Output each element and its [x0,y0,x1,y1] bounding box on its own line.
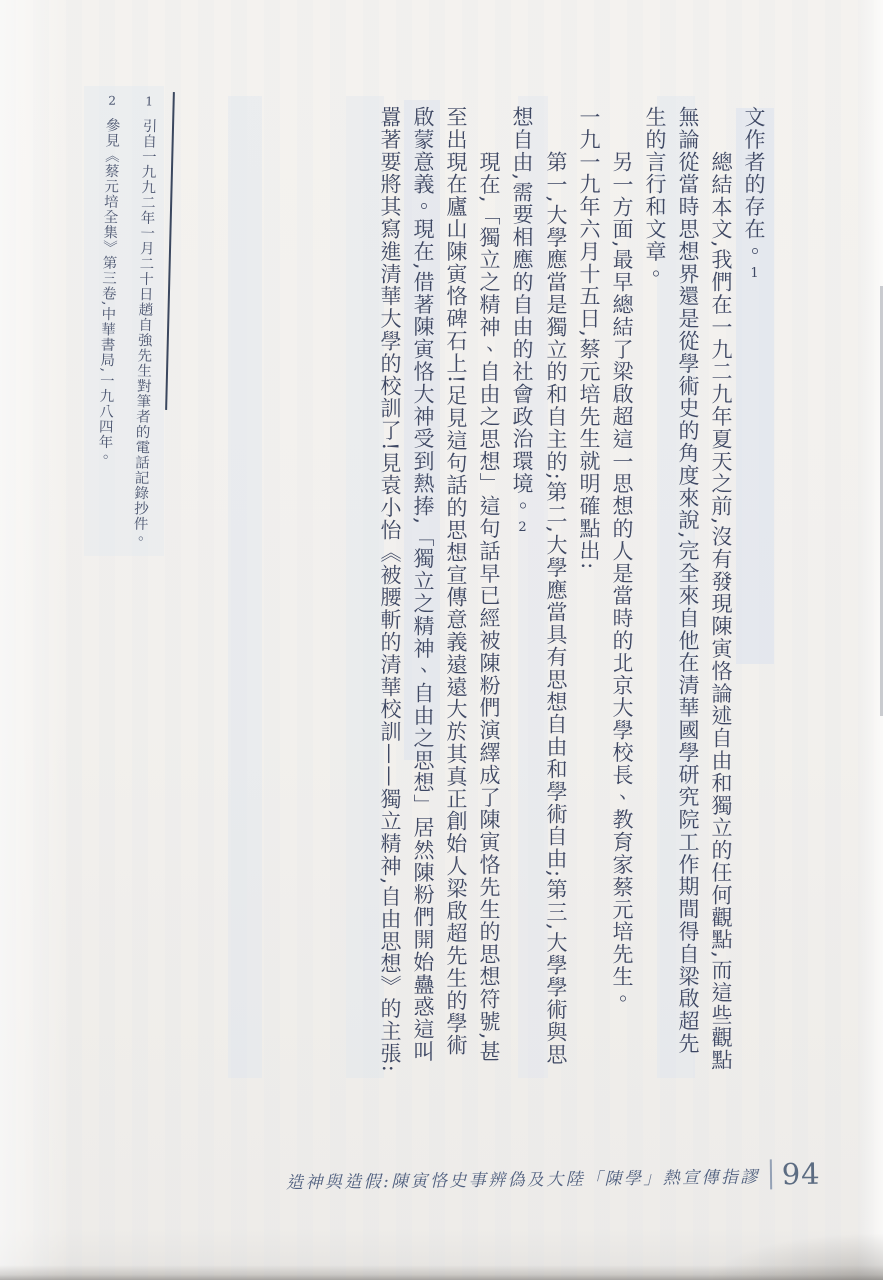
paragraph-now-slogan: 現在,「獨立之精神、自由之思想」這句話早已經被陳粉們演繹成了陳寅恪先生的思想符號… [373,106,505,1076]
page-footer: 造神與造假:陳寅恪史事辨偽及大陸「陳學」熱宣傳指謬 94 [286,1159,821,1196]
paragraph-summary: 總結本文,我們在一九二九年夏天之前,沒有發現陳寅恪論述自由和獨立的任何觀點,而這… [638,106,737,1076]
running-title: 造神與造假:陳寅恪史事辨偽及大陸「陳學」熱宣傳指謬 [286,1162,760,1193]
footnote-separator-rule [165,92,175,410]
paragraph-lead-fragment: 文作者的存在。1 [737,106,771,1076]
footnote-ref-1: 1 [747,266,762,281]
page-number: 94 [782,1159,821,1188]
footnotes-area: 1引自一九九二年一月二十日趙自強先生對筆者的電話記錄抄件。 2參見《蔡元培全集》… [83,93,168,565]
scanned-book-page: 文作者的存在。1 總結本文,我們在一九二九年夏天之前,沒有發現陳寅恪論述自由和獨… [0,0,883,1280]
page-bottom-shadow [0,1265,883,1280]
block-quote-caiyuanpei: 第一,大學應當是獨立的和自主的;第二,大學應當具有思想自由和學術自由;第三,大學… [505,106,572,1076]
footnote-ref-2: 2 [515,520,530,535]
page-edge-highlight [857,0,883,1280]
page-corner-shadow [713,1234,883,1280]
line-date-caiyuanpei: 一九一九年六月十五日,蔡元培先生就明確點出: [572,106,605,1076]
main-text-area: 文作者的存在。1 總結本文,我們在一九二九年夏天之前,沒有發現陳寅恪論述自由和獨… [373,106,771,1076]
page-edge-highlight-left [0,0,72,1280]
footnote-1-marker: 1 [130,94,167,110]
footnote-2-text: 參見《蔡元培全集》第三卷,中華書局,一九八四年。 [96,117,120,465]
footnote-1-text: 引自一九九二年一月二十日趙自強先生對筆者的電話記錄抄件。 [131,118,157,547]
footer-divider-bar [770,1159,772,1189]
footnote-2-marker: 2 [93,93,130,109]
block-quote-text: 第一,大學應當是獨立的和自主的;第二,大學應當具有思想自由和學術自由;第三,大學… [510,106,568,1066]
scan-artifact-band [228,96,262,1078]
paragraph-another-aspect: 另一方面,最早總結了梁啟超這一思想的人是當時的北京大學校長、教育家蔡元培先生。 [605,106,638,1076]
lead-fragment-text: 文作者的存在。 [742,106,766,263]
